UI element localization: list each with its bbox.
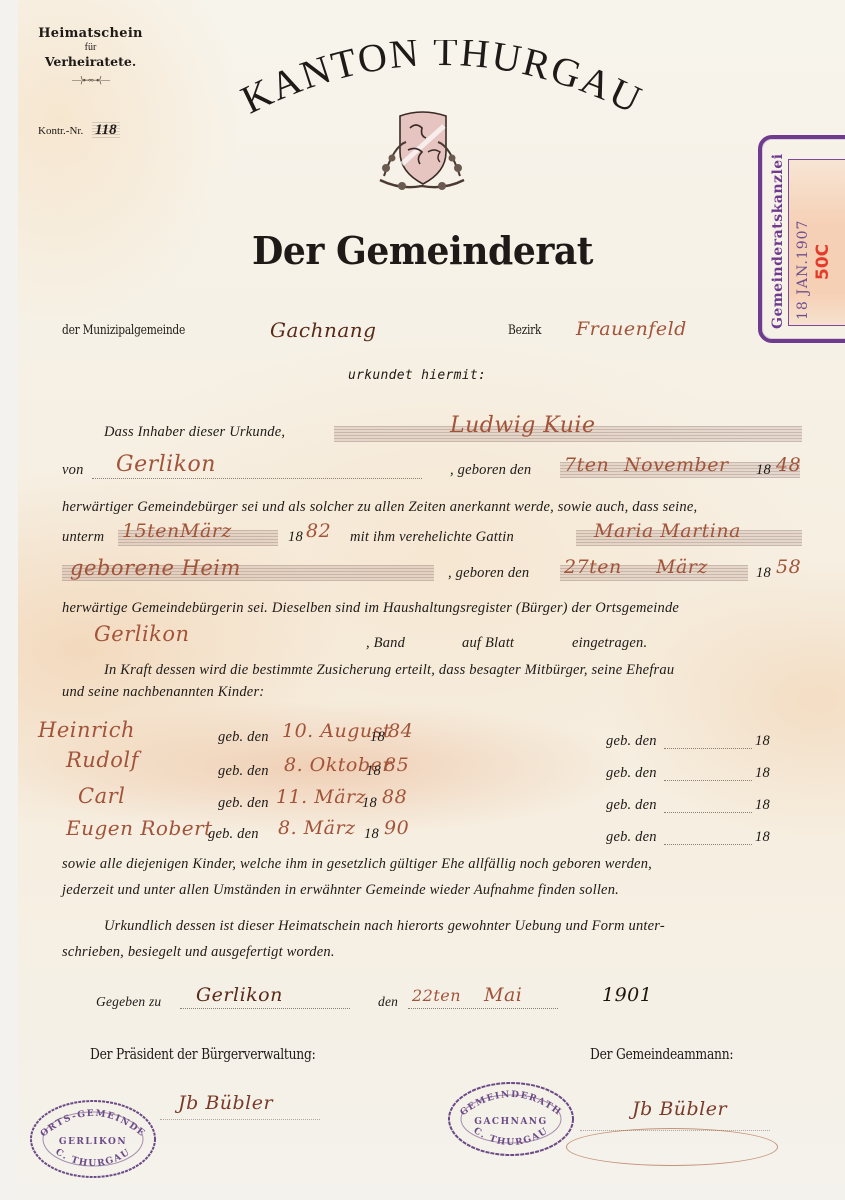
- blank-child-born-label: geb. den: [606, 829, 657, 846]
- mayor-signature: Jb Bübler: [632, 1098, 727, 1120]
- child-born-year-prefix: 18: [362, 795, 377, 812]
- child-born-label: geb. den: [218, 729, 269, 746]
- child-born-date: 11. März: [276, 786, 366, 808]
- left-seal-middle-text: GERLIKON: [59, 1137, 127, 1147]
- holder-name: Ludwig Kuie: [450, 413, 595, 438]
- blank-child-born-label: geb. den: [606, 797, 657, 814]
- spouse-born-label: , geboren den: [448, 565, 529, 582]
- origin-born-month: November: [624, 454, 729, 476]
- blank-child-year-prefix: 18: [755, 797, 770, 814]
- given-place: Gerlikon: [196, 984, 283, 1006]
- assurance-line-2: und seine nachbenannten Kinder:: [62, 684, 264, 701]
- spouse-maiden-name: geborene Heim: [70, 556, 241, 580]
- blank-child-date-field[interactable]: [664, 798, 752, 813]
- blank-child-date-field[interactable]: [664, 766, 752, 781]
- municipal-seal-center: GEMEINDERATH GACHNANG C. THURGAU: [446, 1080, 576, 1158]
- spouse-born-year-prefix: 18: [756, 565, 771, 582]
- band-label: , Band: [366, 635, 405, 652]
- coat-of-arms-icon: [372, 106, 472, 198]
- marriage-label: unterm: [62, 529, 104, 546]
- svg-text:ORTS-GEMEINDE: ORTS-GEMEINDE: [39, 1109, 147, 1140]
- control-number-value: 118: [92, 122, 120, 138]
- given-year: 1901: [602, 984, 652, 1006]
- svg-text:C. THURGAU: C. THURGAU: [53, 1147, 132, 1169]
- blank-child-date-field[interactable]: [664, 830, 752, 845]
- child-born-label: geb. den: [208, 826, 259, 843]
- spouse-born-year-suffix: 58: [776, 556, 801, 578]
- child-name: Carl: [78, 784, 125, 808]
- revenue-stamp-date: 18 JAN.1907: [795, 220, 811, 320]
- blatt-label: auf Blatt: [462, 635, 514, 652]
- center-seal-bottom-text: C. THURGAU: [472, 1126, 551, 1148]
- holder-label: Dass Inhaber dieser Urkunde,: [104, 424, 285, 441]
- document-type-subtitle: Verheiratete.: [18, 54, 163, 69]
- marriage-month: März: [180, 520, 232, 542]
- register-value: Gerlikon: [94, 622, 190, 646]
- president-title: Der Präsident der Bürgerverwaltung:: [90, 1045, 316, 1063]
- chancellery-stamp: Gemeinderatskanzlei 18 JAN.1907 50C: [758, 135, 845, 343]
- certifies-heading: urkundet hiermit:: [348, 368, 486, 383]
- ornament-divider: —⟩⊷⊶⟨—: [18, 75, 163, 86]
- blank-child-born-label: geb. den: [606, 765, 657, 782]
- child-name: Eugen Robert: [66, 816, 213, 840]
- origin-born-day: 7ten: [564, 454, 609, 476]
- child-born-year-suffix: 90: [384, 817, 409, 839]
- document-type-header: Heimatschein für Verheiratete. —⟩⊷⊶⟨—: [18, 26, 163, 86]
- spouse-born-month: März: [656, 556, 708, 578]
- municipality-label: der Munizipalgemeinde: [62, 323, 185, 338]
- child-born-year-suffix: 84: [388, 720, 413, 742]
- given-day: 22ten: [412, 986, 461, 1005]
- center-seal-top-text: GEMEINDERATH: [459, 1090, 564, 1118]
- mayor-title: Der Gemeindeammann:: [590, 1045, 733, 1063]
- child-born-year-suffix: 88: [382, 786, 407, 808]
- future-children-line-2: jederzeit und unter allen Umständen in e…: [62, 882, 619, 899]
- blank-child-year-prefix: 18: [755, 765, 770, 782]
- child-born-year-suffix: 85: [384, 754, 409, 776]
- district-label: Bezirk: [508, 323, 541, 338]
- main-title: Der Gemeinderat: [21, 228, 824, 273]
- origin-born-year-suffix: 48: [776, 454, 801, 476]
- citizen-text: herwärtiger Gemeindebürger sei und als s…: [62, 499, 697, 516]
- blank-child-date-field[interactable]: [664, 734, 752, 749]
- revenue-stamp-value: 50C: [813, 244, 833, 280]
- given-month: Mai: [484, 984, 522, 1006]
- document-type-for: für: [18, 42, 163, 53]
- svg-text:GEMEINDERATH: GEMEINDERATH: [459, 1090, 564, 1118]
- origin-born-label: , geboren den: [450, 462, 531, 479]
- spouse-label: mit ihm verehelichte Gattin: [350, 529, 514, 546]
- origin-value: Gerlikon: [116, 452, 216, 477]
- child-name: Heinrich: [38, 718, 135, 742]
- control-number: Kontr.-Nr. 118: [38, 122, 120, 139]
- assurance-line-1: In Kraft dessen wird die bestimmte Zusic…: [104, 662, 674, 679]
- blank-child-born-label: geb. den: [606, 733, 657, 750]
- child-born-year-prefix: 18: [366, 763, 381, 780]
- future-children-line-1: sowie alle diejenigen Kinder, welche ihm…: [62, 856, 652, 873]
- municipality-value: Gachnang: [270, 318, 376, 342]
- document-type-title: Heimatschein: [18, 26, 163, 41]
- control-number-label: Kontr.-Nr.: [38, 125, 83, 137]
- marriage-year-suffix: 82: [306, 520, 331, 542]
- marriage-year-prefix: 18: [288, 529, 303, 546]
- closing-line-1: Urkundlich dessen ist dieser Heimatschei…: [104, 918, 665, 935]
- chancellery-stamp-text: Gemeinderatskanzlei: [770, 153, 786, 329]
- closing-line-2: schrieben, besiegelt und ausgefertigt wo…: [62, 944, 335, 961]
- revenue-stamp: 18 JAN.1907 50C: [788, 159, 845, 326]
- child-born-year-prefix: 18: [364, 826, 379, 843]
- child-born-label: geb. den: [218, 795, 269, 812]
- child-born-date: 8. März: [278, 817, 356, 839]
- municipal-seal-left: ORTS-GEMEINDE GERLIKON C. THURGAU: [28, 1098, 158, 1180]
- child-name: Rudolf: [66, 748, 139, 772]
- given-date-label: den: [378, 994, 398, 1010]
- left-seal-top-text: ORTS-GEMEINDE: [39, 1109, 147, 1140]
- president-signature: Jb Bübler: [178, 1092, 273, 1114]
- origin-born-year-prefix: 18: [756, 462, 771, 479]
- spouse-name: Maria Martina: [594, 520, 741, 542]
- given-label: Gegeben zu: [96, 994, 161, 1010]
- child-born-label: geb. den: [218, 763, 269, 780]
- entered-label: eingetragen.: [572, 635, 647, 652]
- blank-child-year-prefix: 18: [755, 733, 770, 750]
- blank-child-year-prefix: 18: [755, 829, 770, 846]
- origin-label: von: [62, 462, 84, 479]
- register-text: herwärtige Gemeindebürgerin sei. Dieselb…: [62, 600, 679, 617]
- marriage-day: 15ten: [122, 520, 180, 542]
- spouse-born-day: 27ten: [564, 556, 622, 578]
- left-seal-bottom-text: C. THURGAU: [53, 1147, 132, 1169]
- svg-text:C. THURGAU: C. THURGAU: [472, 1126, 551, 1148]
- district-value: Frauenfeld: [576, 318, 687, 340]
- child-born-year-prefix: 18: [370, 729, 385, 746]
- center-seal-middle-text: GACHNANG: [474, 1117, 547, 1127]
- signature-flourish: [566, 1128, 778, 1166]
